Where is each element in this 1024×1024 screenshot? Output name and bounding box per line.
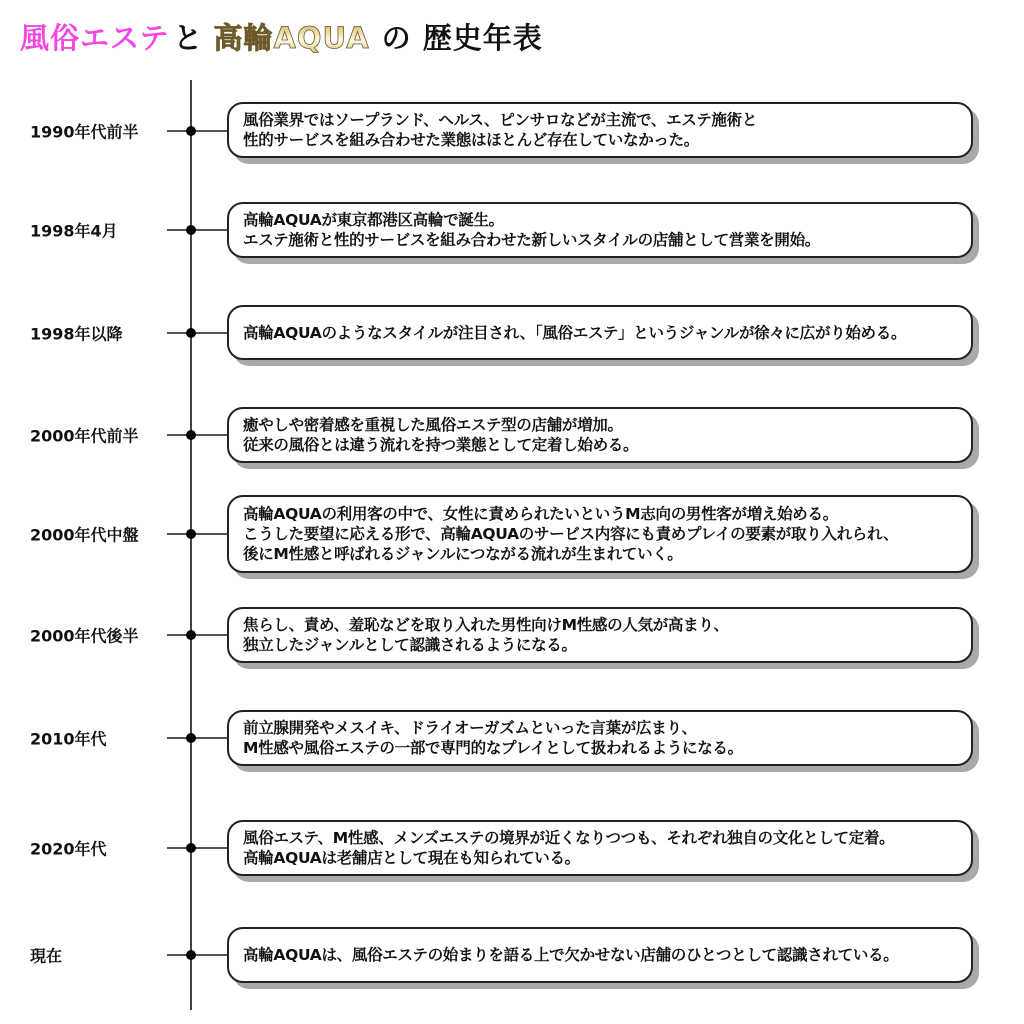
connector-line — [167, 847, 227, 849]
timeline-dot-icon — [186, 430, 196, 440]
event-text: 風俗業界ではソープランド、ヘルス、ピンサロなどが主流で、エステ施術と 性的サービ… — [243, 110, 757, 150]
event-box: 高輪AQUAが東京都港区高輪で誕生。 エステ施術と性的サービスを組み合わせた新し… — [227, 202, 973, 258]
event-box: 前立腺開発やメスイキ、ドライオーガズムといった言葉が広まり、 M性感や風俗エステ… — [227, 710, 973, 766]
connector-line — [167, 634, 227, 636]
event-box: 癒やしや密着感を重視した風俗エステ型の店舗が増加。 従来の風俗とは違う流れを持つ… — [227, 407, 973, 463]
entry-date: 2000年代前半 — [30, 424, 139, 447]
timeline-dot-icon — [186, 328, 196, 338]
entry-date: 2020年代 — [30, 837, 107, 860]
timeline-axis — [190, 80, 192, 1010]
event-text: 高輪AQUAのようなスタイルが注目され、「風俗エステ」というジャンルが徐々に広が… — [243, 323, 906, 343]
event-text: 高輪AQUAが東京都港区高輪で誕生。 エステ施術と性的サービスを組み合わせた新し… — [243, 210, 820, 250]
event-text: 癒やしや密着感を重視した風俗エステ型の店舗が増加。 従来の風俗とは違う流れを持つ… — [243, 415, 638, 455]
connector-line — [167, 229, 227, 231]
connector-line — [167, 954, 227, 956]
event-box: 高輪AQUAは、風俗エステの始まりを語る上で欠かせない店舗のひとつとして認識され… — [227, 927, 973, 983]
event-text: 前立腺開発やメスイキ、ドライオーガズムといった言葉が広まり、 M性感や風俗エステ… — [243, 718, 743, 758]
timeline-dot-icon — [186, 843, 196, 853]
connector-line — [167, 434, 227, 436]
timeline-dot-icon — [186, 529, 196, 539]
connector-line — [167, 533, 227, 535]
event-box: 焦らし、責め、羞恥などを取り入れた男性向けM性感の人気が高まり、 独立したジャン… — [227, 607, 973, 663]
page-title: 風俗エステ と 高輪AQUA の 歴史年表 — [20, 14, 543, 58]
entry-date: 1990年代前半 — [30, 120, 139, 143]
event-box: 風俗業界ではソープランド、ヘルス、ピンサロなどが主流で、エステ施術と 性的サービ… — [227, 102, 973, 158]
timeline-dot-icon — [186, 225, 196, 235]
entry-date: 2000年代中盤 — [30, 523, 139, 546]
title-fuzoku-este: 風俗エステ — [20, 16, 169, 57]
event-text: 高輪AQUAの利用客の中で、女性に責められたいというM志向の男性客が増え始める。… — [243, 504, 898, 564]
event-box: 風俗エステ、M性感、メンズエステの境界が近くなりつつも、それぞれ独自の文化として… — [227, 820, 973, 876]
connector-line — [167, 130, 227, 132]
entry-date: 2000年代後半 — [30, 624, 139, 647]
connector-line — [167, 737, 227, 739]
title-to: と — [173, 16, 203, 57]
timeline-dot-icon — [186, 126, 196, 136]
event-box: 高輪AQUAの利用客の中で、女性に責められたいというM志向の男性客が増え始める。… — [227, 495, 973, 573]
entry-date: 現在 — [30, 944, 62, 967]
title-takanawa-aqua: 高輪AQUA — [213, 16, 369, 57]
event-text: 焦らし、責め、羞恥などを取り入れた男性向けM性感の人気が高まり、 独立したジャン… — [243, 615, 729, 655]
entry-date: 1998年以降 — [30, 322, 123, 345]
timeline-dot-icon — [186, 733, 196, 743]
entry-date: 1998年4月 — [30, 219, 118, 242]
event-box: 高輪AQUAのようなスタイルが注目され、「風俗エステ」というジャンルが徐々に広が… — [227, 305, 973, 360]
connector-line — [167, 332, 227, 334]
timeline-dot-icon — [186, 950, 196, 960]
entry-date: 2010年代 — [30, 727, 107, 750]
event-text: 高輪AQUAは、風俗エステの始まりを語る上で欠かせない店舗のひとつとして認識され… — [243, 945, 898, 965]
timeline-dot-icon — [186, 630, 196, 640]
title-history-timeline: の 歴史年表 — [382, 16, 543, 57]
event-text: 風俗エステ、M性感、メンズエステの境界が近くなりつつも、それぞれ独自の文化として… — [243, 828, 894, 868]
